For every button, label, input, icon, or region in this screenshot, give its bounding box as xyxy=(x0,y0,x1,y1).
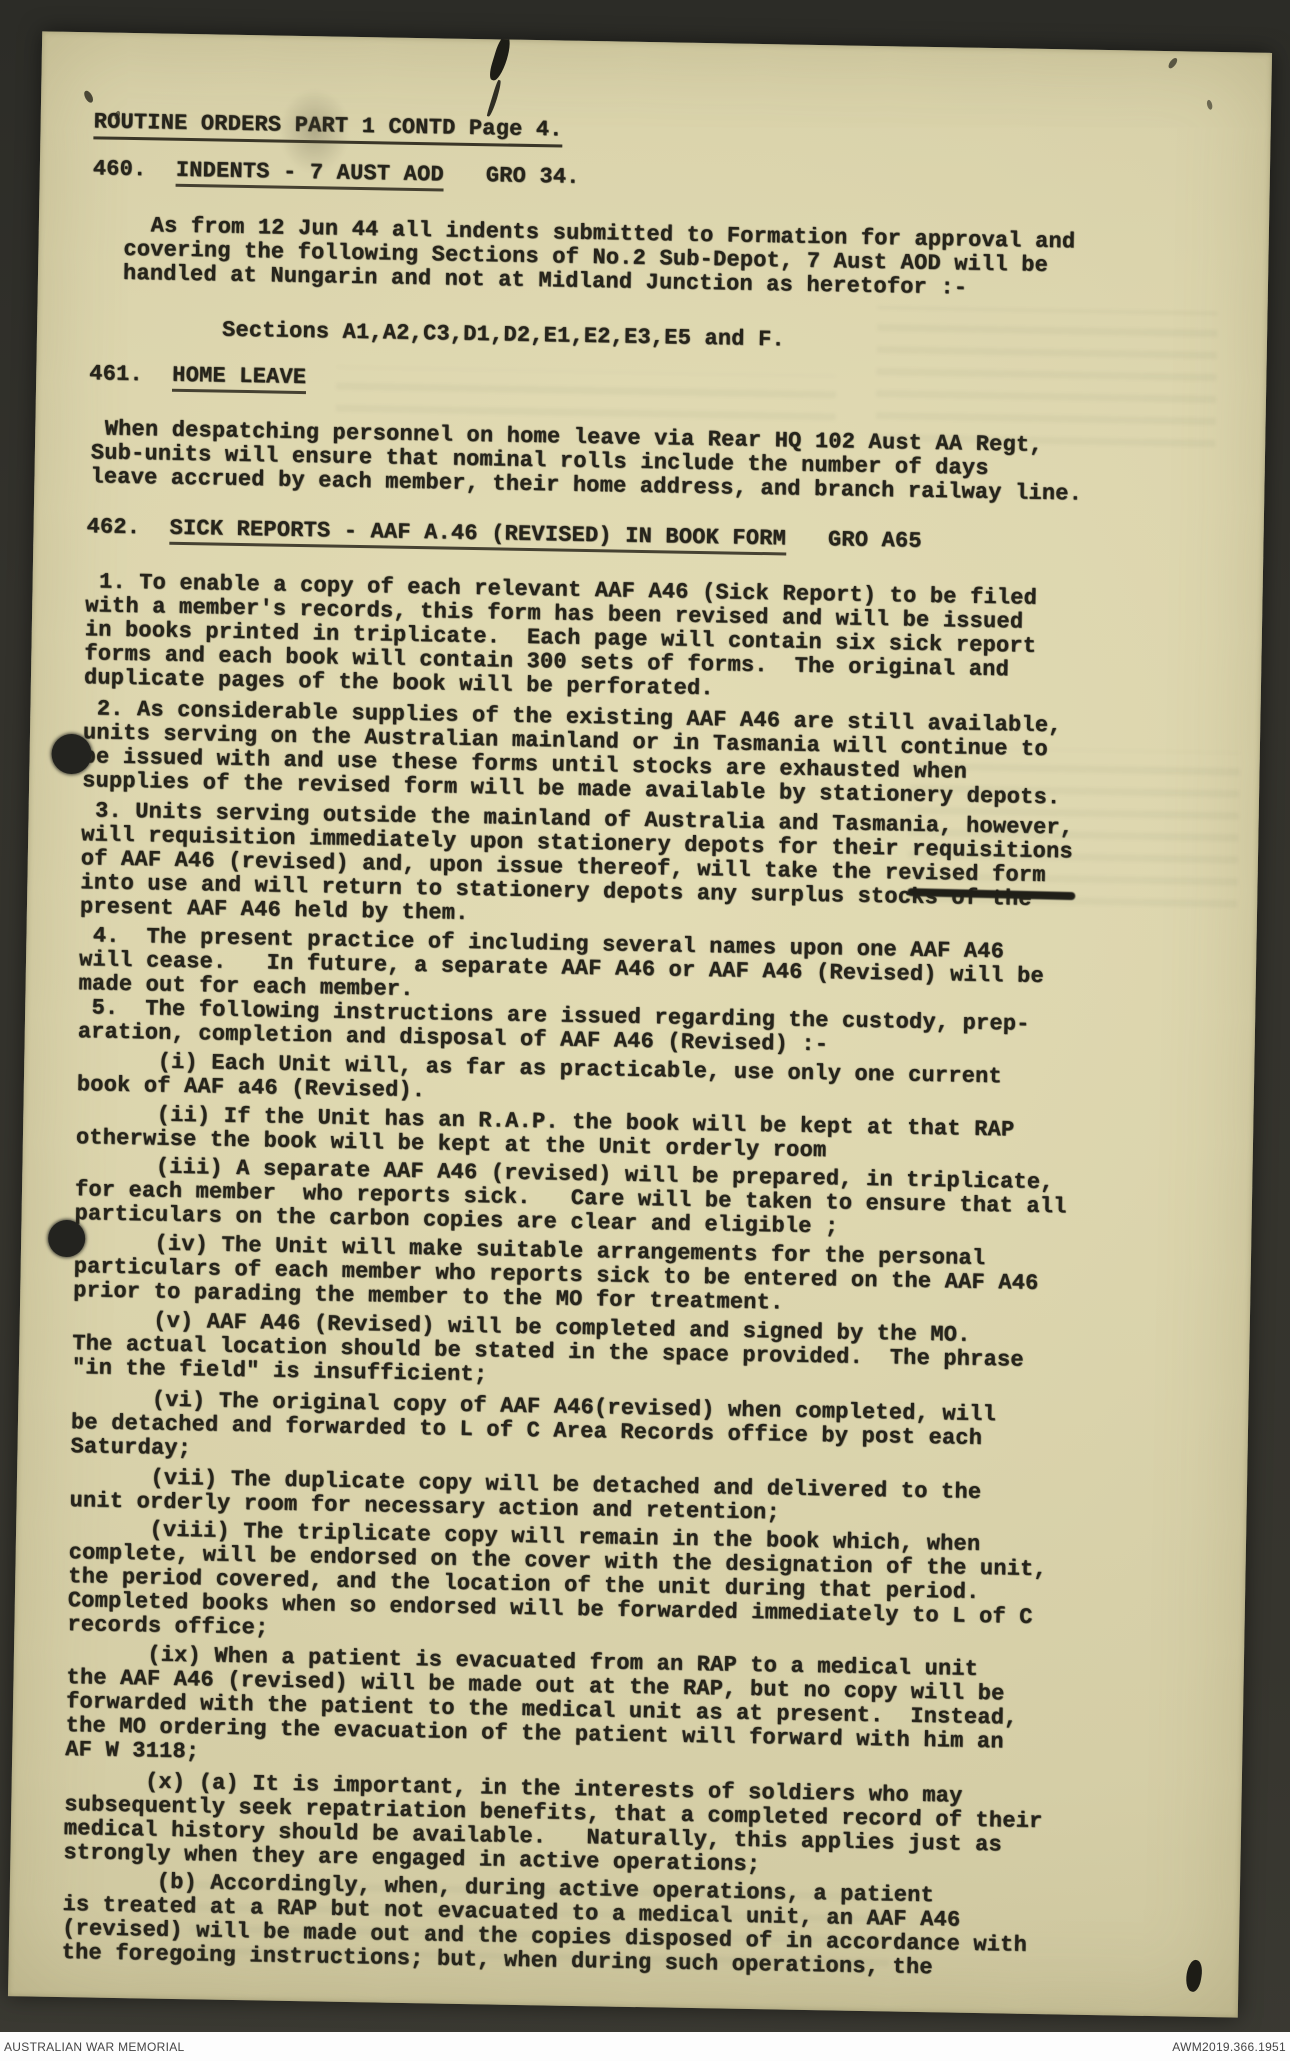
order-462-paragraph-1: 1. To enable a copy of each relevant AAF… xyxy=(84,570,1263,711)
order-461-body: When despatching personnel on home leave… xyxy=(90,417,1265,509)
order-number: 462. xyxy=(86,515,169,544)
order-462-subitem-vi: (vi) The original copy of AAF A46(revise… xyxy=(70,1387,1248,1480)
ink-stroke-mark xyxy=(487,35,513,83)
paper-sheet: ROUTINE ORDERS PART 1 CONTD Page 4. 460.… xyxy=(8,31,1272,2017)
order-title: HOME LEAVE xyxy=(172,364,306,394)
order-462-subitem-ix: (ix) When a patient is evacuated from an… xyxy=(65,1642,1244,1783)
order-gro-reference: GRO 34. xyxy=(486,164,580,194)
document-header-text: ROUTINE ORDERS PART 1 CONTD Page 4. xyxy=(93,109,563,147)
archive-item-id: AWM2019.366.1951 xyxy=(1172,2040,1286,2054)
order-462-subitem-x-b: (b) Accordingly, when, during active ope… xyxy=(61,1869,1239,1986)
ink-speck xyxy=(1167,57,1179,70)
ink-speck xyxy=(82,89,94,104)
archive-footer: AUSTRALIAN WAR MEMORIAL AWM2019.366.1951 xyxy=(0,2032,1290,2061)
order-title: SICK REPORTS - AAF A.46 (REVISED) IN BOO… xyxy=(169,517,786,556)
order-462-paragraph-3: 3. Units serving outside the mainland of… xyxy=(80,799,1259,940)
order-460-sections-line: Sections A1,A2,C3,D1,D2,E1,E2,E3,E5 and … xyxy=(222,319,1267,361)
document-header: ROUTINE ORDERS PART 1 CONTD Page 4. xyxy=(93,110,1270,155)
order-462-subitem-viii: (viii) The triplicate copy will remain i… xyxy=(67,1517,1246,1658)
order-462-heading: 462.SICK REPORTS - AAF A.46 (REVISED) IN… xyxy=(86,515,1263,564)
order-461-heading: 461.HOME LEAVE xyxy=(89,362,1266,411)
order-460-heading: 460.INDENTS - 7 AUST AODGRO 34. xyxy=(93,157,1270,206)
order-462-subitem-v: (v) AAF A46 (Revised) will be completed … xyxy=(72,1308,1250,1401)
order-460-body: As from 12 Jun 44 all indents submitted … xyxy=(123,214,1269,306)
ink-speck xyxy=(1206,99,1213,110)
archive-name: AUSTRALIAN WAR MEMORIAL xyxy=(4,2040,184,2054)
order-462-paragraph-2: 2. As considerable supplies of the exist… xyxy=(82,697,1260,814)
order-gro-reference: GRO A65 xyxy=(828,528,922,558)
order-number: 461. xyxy=(89,362,172,391)
order-number: 460. xyxy=(93,157,176,186)
order-title: INDENTS - 7 AUST AOD xyxy=(176,159,444,192)
order-462-subitem-x-a: (x) (a) It is important, in the interest… xyxy=(63,1769,1241,1886)
